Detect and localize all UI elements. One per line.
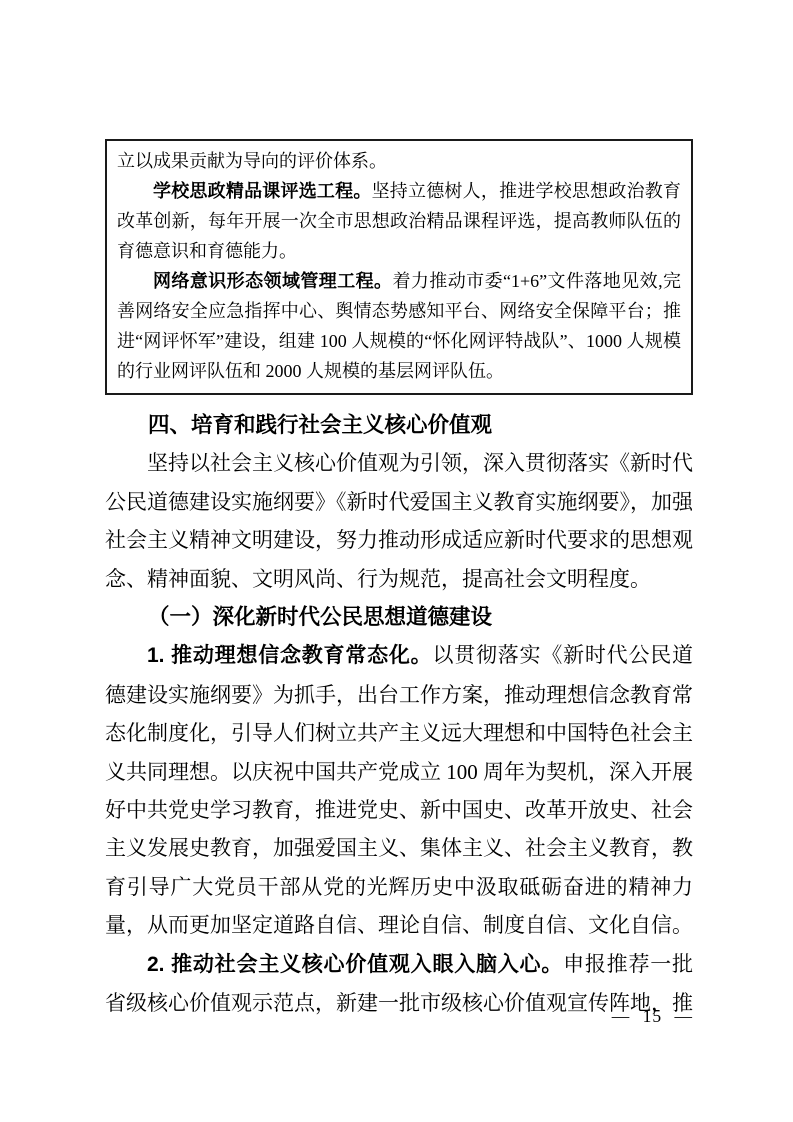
document-page: 立以成果贡献为导向的评价体系。 学校思政精品课评选工程。坚持立德树人，推进学校思… — [0, 0, 793, 1122]
boxed-callout: 立以成果贡献为导向的评价体系。 学校思政精品课评选工程。坚持立德树人，推进学校思… — [105, 139, 693, 395]
numbered-item-1: 1. 推动理想信念教育常态化。以贯彻落实《新时代公民道德建设实施纲要》为抓手，出… — [105, 636, 693, 944]
item-lead: 1. 推动理想信念教育常态化。 — [147, 644, 432, 667]
box-paragraph-network-program: 网络意识形态领域管理工程。着力推动市委“1+6”文件落地见效,完善网络安全应急指… — [117, 266, 681, 386]
box-paragraph-continuation: 立以成果贡献为导向的评价体系。 — [117, 146, 681, 176]
page-number: — 15 — — [612, 1001, 693, 1031]
body-paragraph: 坚持以社会主义核心价值观为引领，深入贯彻落实《新时代公民道德建设实施纲要》《新时… — [105, 444, 693, 598]
subsection-heading: （一）深化新时代公民思想道德建设 — [105, 598, 693, 636]
item-lead: 2. 推动社会主义核心价值观入眼入脑入心。 — [147, 953, 563, 976]
box-paragraph-lead: 学校思政精品课评选工程。 — [153, 181, 372, 201]
item-text: 以贯彻落实《新时代公民道德建设实施纲要》为抓手，出台工作方案，推动理想信念教育常… — [105, 643, 693, 937]
box-paragraph-lead: 网络意识形态领域管理工程。 — [153, 271, 392, 291]
section-heading: 四、培育和践行社会主义核心价值观 — [105, 406, 693, 444]
box-paragraph-school-program: 学校思政精品课评选工程。坚持立德树人，推进学校思想政治教育改革创新，每年开展一次… — [117, 176, 681, 266]
numbered-item-2: 2. 推动社会主义核心价值观入眼入脑入心。申报推荐一批省级核心价值观示范点，新建… — [105, 945, 693, 1023]
document-body: 四、培育和践行社会主义核心价值观 坚持以社会主义核心价值观为引领，深入贯彻落实《… — [105, 406, 693, 1023]
box-paragraph-continuation-text: 立以成果贡献为导向的评价体系。 — [117, 151, 387, 171]
